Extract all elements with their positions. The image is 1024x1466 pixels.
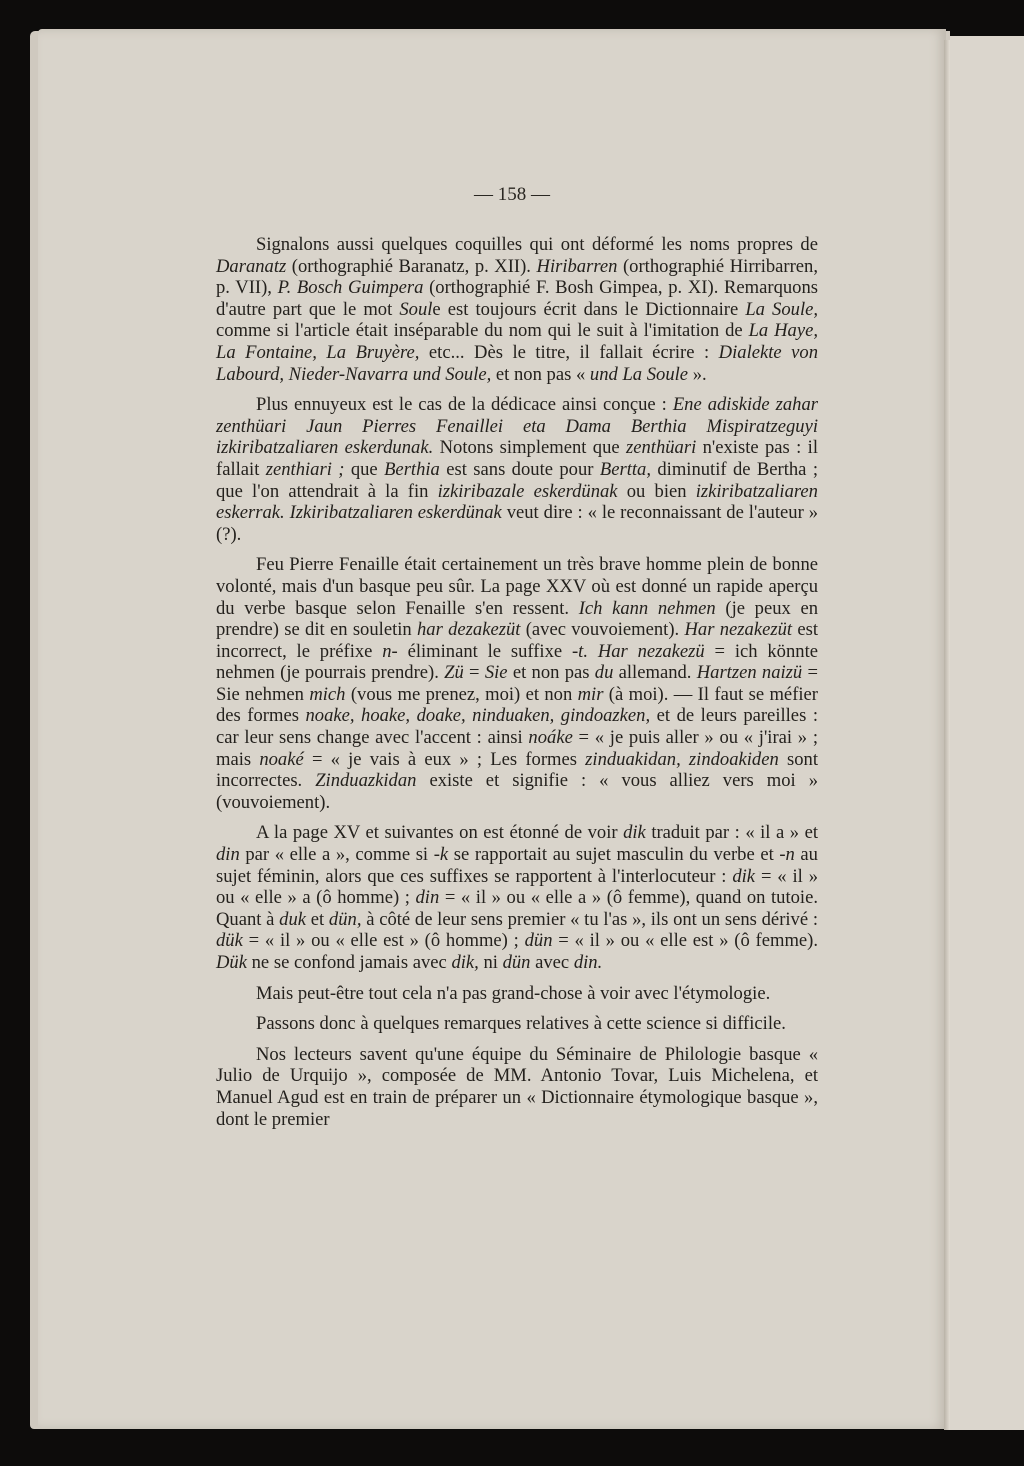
italic-run: dün, <box>329 909 362 930</box>
text-run: = « il » ou « elle est » (ô homme) ; <box>243 930 525 951</box>
italic-run: mich <box>309 684 345 705</box>
italic-run: dün <box>525 930 553 951</box>
paragraph-dictionnaire: Nos lecteurs savent qu'une équipe du Sém… <box>216 1044 818 1130</box>
paragraph-passons: Passons donc à quelques remarques relati… <box>216 1013 818 1035</box>
italic-run: duk <box>279 909 306 930</box>
text-run: Nos lecteurs savent qu'une équipe du Sém… <box>216 1044 818 1130</box>
text-run: Mais peut-être tout cela n'a pas grand-c… <box>256 983 770 1004</box>
facing-page-edge <box>950 36 1024 1430</box>
italic-run: -n <box>779 844 795 865</box>
text-run: que <box>344 459 384 480</box>
italic-run: La Soule, <box>745 299 818 320</box>
paragraph-dedicace: Plus ennuyeux est le cas de la dédicace … <box>216 394 818 545</box>
text-run: Signalons aussi quelques coquilles qui o… <box>256 234 818 255</box>
body-text: Signalons aussi quelques coquilles qui o… <box>216 234 818 1139</box>
italic-run: din <box>216 844 240 865</box>
italic-run: din <box>416 887 440 908</box>
italic-run: noáke <box>528 727 572 748</box>
paragraph-coquilles: Signalons aussi quelques coquilles qui o… <box>216 234 818 385</box>
italic-run: und La Soule <box>590 364 688 385</box>
paragraph-etymologie: Mais peut-être tout cela n'a pas grand-c… <box>216 983 818 1005</box>
text-run: (avec vouvoiement). <box>520 619 684 640</box>
italic-run: Har nezakezüt <box>684 619 792 640</box>
italic-run: Bertta, <box>600 459 651 480</box>
italic-run: du <box>595 662 614 683</box>
text-run: (orthographié Baranatz, p. XII). <box>286 256 536 277</box>
text-run: Plus ennuyeux est le cas de la dédicace … <box>256 394 673 415</box>
paragraph-fenaille: Feu Pierre Fenaille était certainement u… <box>216 554 818 813</box>
text-run: ». <box>688 364 707 385</box>
text-run: par « elle a », comme si <box>240 844 434 865</box>
italic-run: Sie <box>485 662 508 683</box>
italic-run: izkiribazale eskerdünak <box>438 481 618 502</box>
italic-run: Hartzen naizü <box>697 662 802 683</box>
text-run: et non pas « <box>491 364 590 385</box>
italic-run: dik <box>623 822 646 843</box>
italic-run: mir <box>578 684 604 705</box>
italic-run: Dük <box>216 952 247 973</box>
italic-run: noake, hoake, doake, ninduaken, gindoazk… <box>305 705 650 726</box>
italic-run: Hiribarren <box>537 256 618 277</box>
italic-run: zinduakidan, zindoakiden <box>585 749 779 770</box>
italic-run: Har nezakezü <box>598 641 705 662</box>
italic-run: Daranatz <box>216 256 286 277</box>
text-run: se rapportait au sujet masculin du verbe… <box>448 844 779 865</box>
italic-run: -k <box>434 844 448 865</box>
italic-run: Soul <box>399 299 432 320</box>
italic-run: P. Bosch Guimpera <box>278 277 424 298</box>
italic-run: zenthiari ; <box>266 459 345 480</box>
text-run: = <box>464 662 485 683</box>
text-run: A la page XV et suivantes on est étonné … <box>256 822 623 843</box>
italic-run: Zü <box>444 662 464 683</box>
text-run: et non pas <box>508 662 595 683</box>
italic-run: har dezakezüt <box>417 619 520 640</box>
text-run: éliminant le suffixe <box>398 641 572 662</box>
italic-run: Zinduazkidan <box>315 770 416 791</box>
text-run: Notons simplement que <box>433 437 626 458</box>
paragraph-dik-din: A la page XV et suivantes on est étonné … <box>216 822 818 973</box>
text-run: avec <box>530 952 573 973</box>
text-run: etc... Dès le titre, il fallait écrire : <box>419 342 718 363</box>
text-run: = « il » ou « elle est » (ô femme). <box>552 930 818 951</box>
page-number: — 158 — <box>0 184 1024 206</box>
italic-run: din. <box>574 952 602 973</box>
text-run: Passons donc à quelques remarques relati… <box>256 1013 786 1034</box>
italic-run: dik, <box>451 952 478 973</box>
text-run: allemand. <box>613 662 696 683</box>
text-run: (vous me prenez, moi) et non <box>345 684 577 705</box>
text-run: est sans doute pour <box>440 459 600 480</box>
italic-run: zenthüari <box>626 437 696 458</box>
text-run: ni <box>479 952 503 973</box>
text-run: ne se confond jamais avec <box>247 952 451 973</box>
italic-run: dün <box>503 952 531 973</box>
text-run: = « je vais à eux » ; Les formes <box>304 749 585 770</box>
italic-run: dik <box>732 866 755 887</box>
text-run: e est toujours écrit dans le Dictionnair… <box>432 299 745 320</box>
italic-run: n- <box>382 641 398 662</box>
text-run: et <box>306 909 329 930</box>
italic-run: Ich kann nehmen <box>579 598 716 619</box>
text-run: à côté de leur sens premier « tu l'as »,… <box>361 909 818 930</box>
italic-run: noaké <box>259 749 303 770</box>
italic-run: -t. <box>572 641 588 662</box>
italic-run: dük <box>216 930 243 951</box>
italic-run: Berthia <box>384 459 440 480</box>
text-run: comme si l'article était inséparable du … <box>216 320 749 341</box>
text-run: ou bien <box>618 481 696 502</box>
text-run <box>588 641 598 662</box>
text-run: traduit par : « il a » et <box>646 822 818 843</box>
